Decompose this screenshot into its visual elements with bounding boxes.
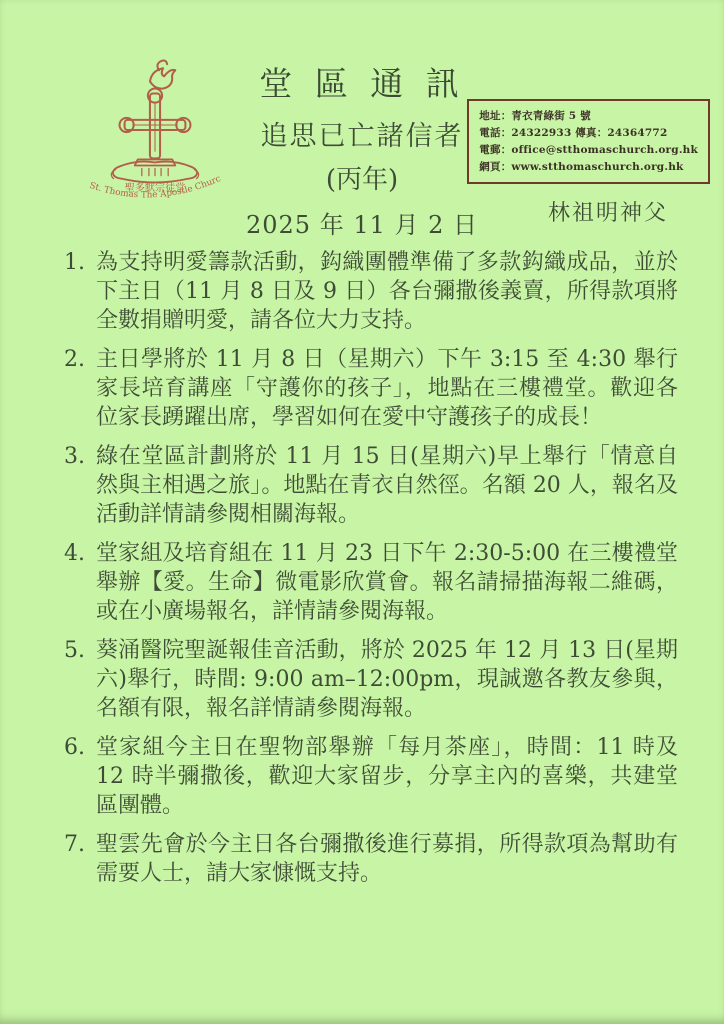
announcement-text: 為支持明愛籌款活動，鈎織團體準備了多款鈎織成品，並於下主日（11 月 8 日及 … bbox=[96, 248, 678, 335]
newsletter-page: 聖多默宗徒堂 St. Thomas The Apostle Church 堂 區… bbox=[0, 0, 724, 1024]
contact-address: 地址：青衣青綠街 5 號 bbox=[479, 108, 698, 125]
announcement-item: 6. 堂家組今主日在聖物部舉辦「每月茶座」，時間：11 時及 12 時半彌撒後，… bbox=[64, 733, 678, 820]
announcement-number: 3. bbox=[64, 442, 96, 529]
announcement-number: 1. bbox=[64, 248, 96, 335]
contact-email: 電郵：office@stthomaschurch.org.hk bbox=[479, 142, 698, 159]
announcement-text: 綠在堂區計劃將於 11 月 15 日(星期六)早上舉行「情意自然與主相遇之旅」。… bbox=[96, 442, 678, 529]
announcement-item: 2. 主日學將於 11 月 8 日（星期六）下午 3:15 至 4:30 舉行家… bbox=[64, 345, 678, 432]
announcement-text: 堂家組及培育組在 11 月 23 日下午 2:30-5:00 在三樓禮堂舉辦【愛… bbox=[96, 539, 678, 626]
announcement-item: 4. 堂家組及培育組在 11 月 23 日下午 2:30-5:00 在三樓禮堂舉… bbox=[64, 539, 678, 626]
announcement-number: 7. bbox=[64, 830, 96, 888]
contact-info-box: 地址：青衣青綠街 5 號 電話：24322933 傳真：24364772 電郵：… bbox=[467, 99, 710, 184]
announcement-number: 2. bbox=[64, 345, 96, 432]
announcement-text: 主日學將於 11 月 8 日（星期六）下午 3:15 至 4:30 舉行家長培育… bbox=[96, 345, 678, 432]
announcement-item: 7. 聖雲先會於今主日各台彌撒後進行募捐，所得款項為幫助有需要人士，請大家慷慨支… bbox=[64, 830, 678, 888]
announcement-text: 葵涌醫院聖誕報佳音活動，將於 2025 年 12 月 13 日(星期六)舉行，時… bbox=[96, 636, 678, 723]
issue-date: 2025 年 11 月 2 日 bbox=[162, 205, 562, 240]
page-title: 堂 區 通 訊 bbox=[162, 58, 562, 105]
announcement-number: 5. bbox=[64, 636, 96, 723]
announcement-number: 4. bbox=[64, 539, 96, 626]
announcement-text: 聖雲先會於今主日各台彌撒後進行募捐，所得款項為幫助有需要人士，請大家慷慨支持。 bbox=[96, 830, 678, 888]
announcement-item: 5. 葵涌醫院聖誕報佳音活動，將於 2025 年 12 月 13 日(星期六)舉… bbox=[64, 636, 678, 723]
announcement-number: 6. bbox=[64, 733, 96, 820]
contact-phone-fax: 電話：24322933 傳真：24364772 bbox=[479, 125, 698, 142]
announcement-item: 3. 綠在堂區計劃將於 11 月 15 日(星期六)早上舉行「情意自然與主相遇之… bbox=[64, 442, 678, 529]
contact-website: 網頁：www.stthomaschurch.org.hk bbox=[479, 159, 698, 176]
priest-name: 林祖明神父 bbox=[548, 196, 668, 227]
announcement-item: 1. 為支持明愛籌款活動，鈎織團體準備了多款鈎織成品，並於下主日（11 月 8 … bbox=[64, 248, 678, 335]
announcement-text: 堂家組今主日在聖物部舉辦「每月茶座」，時間：11 時及 12 時半彌撒後，歡迎大… bbox=[96, 733, 678, 820]
announcement-list: 1. 為支持明愛籌款活動，鈎織團體準備了多款鈎織成品，並於下主日（11 月 8 … bbox=[64, 248, 678, 898]
